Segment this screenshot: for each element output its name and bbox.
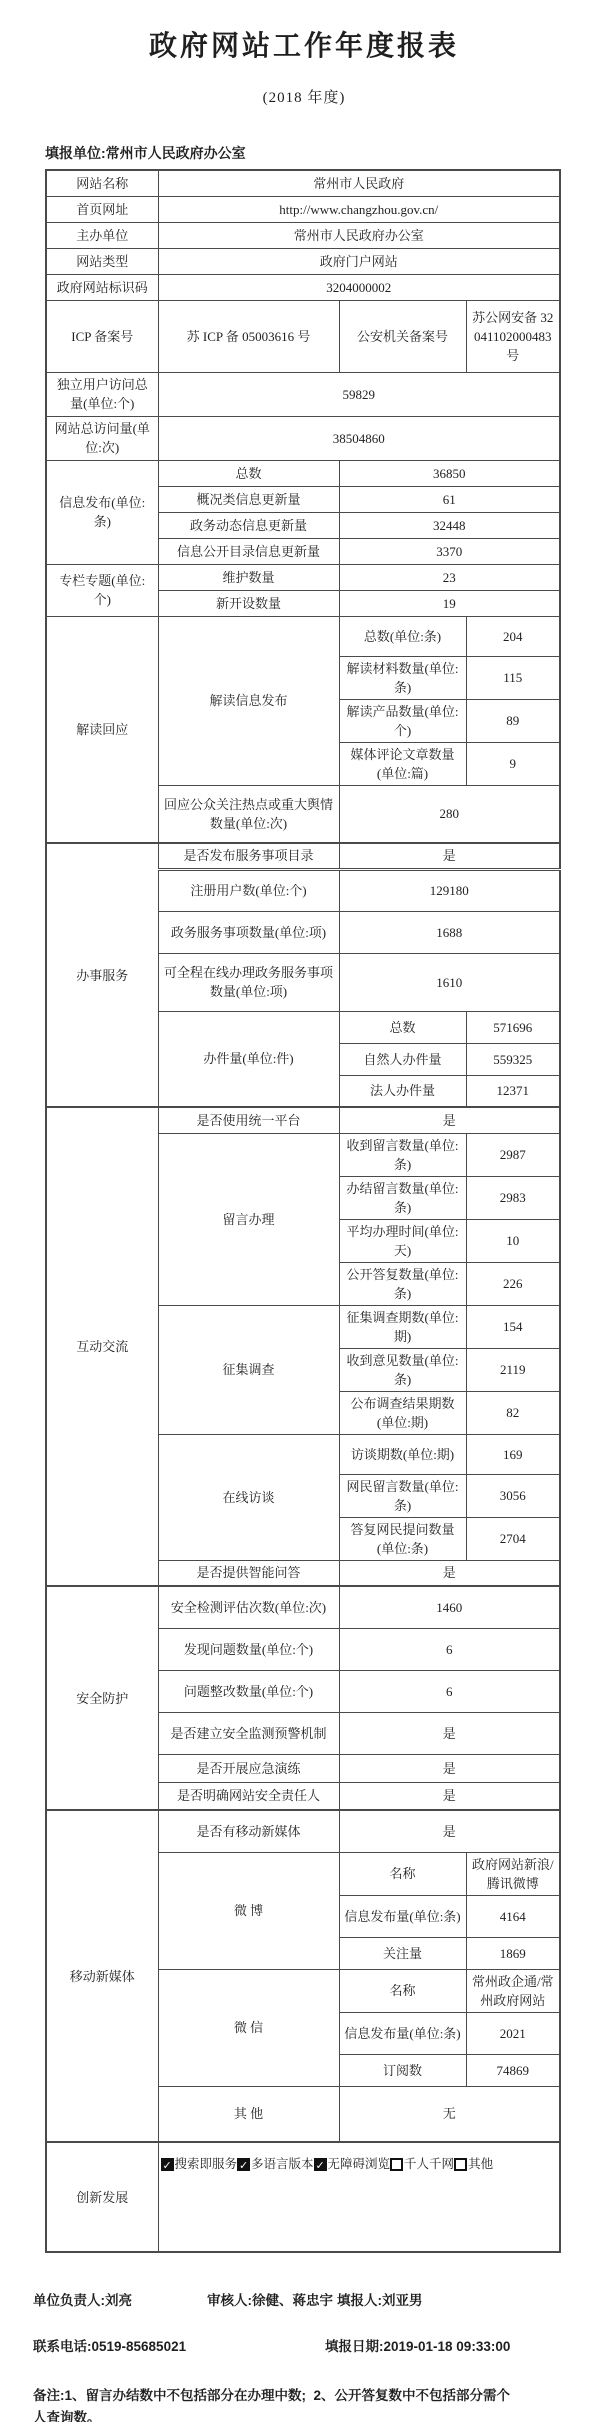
metric-value: 571696	[466, 1011, 560, 1043]
checkbox-icon	[454, 2158, 467, 2171]
signature-row: 单位负责人:刘亮 审核人:徐健、蒋忠宇 填报人:刘亚男	[0, 2289, 608, 2309]
metric-label: 关注量	[339, 1937, 466, 1969]
icp-label: ICP 备案号	[46, 300, 158, 372]
metric-value: 常州政企通/常州政府网站	[466, 1969, 560, 2012]
checkbox-icon	[390, 2158, 403, 2171]
report-date: 填报日期:2019-01-18 09:33:00	[325, 2335, 510, 2355]
metric-value: 169	[466, 1434, 560, 1474]
metric-label: 信息发布量(单位:条)	[339, 2012, 466, 2054]
survey-label: 征集调查	[158, 1305, 339, 1434]
website-name-value: 常州市人民政府	[158, 170, 560, 196]
metric-label: 总数	[339, 1011, 466, 1043]
option-label: 千人千网	[404, 2155, 454, 2174]
option-label: 其他	[468, 2155, 493, 2174]
innovation-group-label: 创新发展	[46, 2142, 158, 2252]
metric-value: 2021	[466, 2012, 560, 2054]
reporting-unit: 填报单位:常州市人民政府办公室	[45, 143, 608, 163]
metric-value: 是	[339, 843, 560, 869]
other-media-value: 无	[339, 2086, 560, 2142]
metric-value: 4164	[466, 1895, 560, 1937]
annual-report-table: 网站名称常州市人民政府 首页网址http://www.changzhou.gov…	[45, 169, 561, 2253]
metric-value: 6	[339, 1670, 560, 1712]
metric-label: 解读产品数量(单位:个)	[339, 699, 466, 742]
metric-label: 是否开展应急演练	[158, 1754, 339, 1782]
page-title: 政府网站工作年度报表	[0, 24, 608, 64]
metric-label: 答复网民提问数量(单位:条)	[339, 1517, 466, 1560]
metric-label: 政务动态信息更新量	[158, 512, 339, 538]
metric-label: 自然人办件量	[339, 1043, 466, 1075]
contact-row: 联系电话:0519-85685021 填报日期:2019-01-18 09:33…	[0, 2335, 608, 2355]
message-handling-label: 留言办理	[158, 1133, 339, 1305]
metric-value: 89	[466, 699, 560, 742]
metric-label: 总数	[158, 460, 339, 486]
innovation-option: 无障碍浏览	[314, 2155, 391, 2174]
metric-label: 网民留言数量(单位:条)	[339, 1474, 466, 1517]
metric-label: 可全程在线办理政务服务事项数量(单位:项)	[158, 953, 339, 1011]
metric-value: 12371	[466, 1075, 560, 1107]
police-filing-label: 公安机关备案号	[339, 300, 466, 372]
metric-label: 媒体评论文章数量(单位:篇)	[339, 742, 466, 785]
metric-label: 是否发布服务事项目录	[158, 843, 339, 869]
metric-value: 1869	[466, 1937, 560, 1969]
unique-visitors-label: 独立用户访问总量(单位:个)	[46, 372, 158, 416]
metric-value: 2704	[466, 1517, 560, 1560]
metric-value: 是	[339, 1754, 560, 1782]
metric-label: 公开答复数量(单位:条)	[339, 1262, 466, 1305]
metric-value: 10	[466, 1219, 560, 1262]
metric-label: 订阅数	[339, 2054, 466, 2086]
metric-value: 23	[339, 564, 560, 590]
metric-value: 2983	[466, 1176, 560, 1219]
innovation-options-cell: 搜索即服务 多语言版本 无障碍浏览 千人千网 其他	[158, 2142, 560, 2252]
interview-label: 在线访谈	[158, 1434, 339, 1560]
metric-value: 129180	[339, 869, 560, 911]
metric-label: 信息公开目录信息更新量	[158, 538, 339, 564]
interpret-group-label: 解读回应	[46, 616, 158, 843]
metric-label: 名称	[339, 1969, 466, 2012]
metric-value: 是	[339, 1712, 560, 1754]
metric-value: 政府网站新浪/腾讯微博	[466, 1852, 560, 1895]
metric-label: 概况类信息更新量	[158, 486, 339, 512]
metric-label: 名称	[339, 1852, 466, 1895]
metric-value: 61	[339, 486, 560, 512]
option-label: 搜索即服务	[175, 2155, 238, 2174]
innovation-option: 其他	[454, 2155, 493, 2174]
icp-value: 苏 ICP 备 05003616 号	[158, 300, 339, 372]
metric-value: 115	[466, 656, 560, 699]
metric-label: 解读材料数量(单位:条)	[339, 656, 466, 699]
metric-label: 发现问题数量(单位:个)	[158, 1628, 339, 1670]
metric-label: 信息发布量(单位:条)	[339, 1895, 466, 1937]
metric-value: 9	[466, 742, 560, 785]
metric-value: 是	[339, 1107, 560, 1133]
option-label: 无障碍浏览	[328, 2155, 391, 2174]
metric-value: 226	[466, 1262, 560, 1305]
wechat-label: 微 信	[158, 1969, 339, 2086]
metric-value: 2119	[466, 1348, 560, 1391]
metric-value: 36850	[339, 460, 560, 486]
metric-value: 82	[466, 1391, 560, 1434]
metric-value: 1460	[339, 1586, 560, 1628]
site-code-label: 政府网站标识码	[46, 274, 158, 300]
metric-label: 是否有移动新媒体	[158, 1810, 339, 1852]
innovation-option: 搜索即服务	[161, 2155, 238, 2174]
metric-label: 征集调查期数(单位:期)	[339, 1305, 466, 1348]
other-media-label: 其 他	[158, 2086, 339, 2142]
site-type-label: 网站类型	[46, 248, 158, 274]
metric-label: 注册用户数(单位:个)	[158, 869, 339, 911]
metric-label: 办结留言数量(单位:条)	[339, 1176, 466, 1219]
contact-phone: 联系电话:0519-85685021	[33, 2335, 186, 2355]
security-group-label: 安全防护	[46, 1586, 158, 1810]
metric-label: 平均办理时间(单位:天)	[339, 1219, 466, 1262]
total-visits-label: 网站总访问量(单位:次)	[46, 416, 158, 460]
site-code-value: 3204000002	[158, 274, 560, 300]
unit-head: 单位负责人:刘亮	[33, 2289, 132, 2309]
metric-label: 是否使用统一平台	[158, 1107, 339, 1133]
police-filing-value: 苏公网安备 32041102000483 号	[466, 300, 560, 372]
report-year: (2018 年度)	[0, 86, 608, 107]
sponsor-label: 主办单位	[46, 222, 158, 248]
innovation-options: 搜索即服务 多语言版本 无障碍浏览 千人千网 其他	[161, 2155, 558, 2174]
metric-label: 收到留言数量(单位:条)	[339, 1133, 466, 1176]
homepage-url-value: http://www.changzhou.gov.cn/	[158, 196, 560, 222]
metric-label: 法人办件量	[339, 1075, 466, 1107]
unique-visitors-value: 59829	[158, 372, 560, 416]
hot-response-value: 280	[339, 785, 560, 843]
metric-label: 问题整改数量(单位:个)	[158, 1670, 339, 1712]
metric-label: 总数(单位:条)	[339, 616, 466, 656]
metric-label: 公布调查结果期数(单位:期)	[339, 1391, 466, 1434]
metric-value: 3056	[466, 1474, 560, 1517]
metric-value: 32448	[339, 512, 560, 538]
metric-value: 6	[339, 1628, 560, 1670]
homepage-url-label: 首页网址	[46, 196, 158, 222]
metric-value: 1610	[339, 953, 560, 1011]
checkbox-icon	[314, 2158, 327, 2171]
metric-value: 是	[339, 1782, 560, 1810]
metric-label: 新开设数量	[158, 590, 339, 616]
innovation-option: 多语言版本	[237, 2155, 314, 2174]
interpret-release-label: 解读信息发布	[158, 616, 339, 785]
metric-label: 维护数量	[158, 564, 339, 590]
metric-value: 19	[339, 590, 560, 616]
remarks: 备注:1、留言办结数中不包括部分在办理中数; 2、公开答复数中不包括部分需个人查…	[33, 2385, 518, 2422]
special-columns-group-label: 专栏专题(单位:个)	[46, 564, 158, 616]
metric-label: 政务服务事项数量(单位:项)	[158, 911, 339, 953]
metric-value: 2987	[466, 1133, 560, 1176]
checkbox-icon	[161, 2158, 174, 2171]
checkbox-icon	[237, 2158, 250, 2171]
interact-group-label: 互动交流	[46, 1107, 158, 1586]
sponsor-value: 常州市人民政府办公室	[158, 222, 560, 248]
metric-value: 是	[339, 1560, 560, 1586]
metric-value: 154	[466, 1305, 560, 1348]
weibo-label: 微 博	[158, 1852, 339, 1969]
mobile-group-label: 移动新媒体	[46, 1810, 158, 2142]
metric-value: 1688	[339, 911, 560, 953]
site-type-value: 政府门户网站	[158, 248, 560, 274]
hot-response-label: 回应公众关注热点或重大舆情数量(单位:次)	[158, 785, 339, 843]
metric-label: 访谈期数(单位:期)	[339, 1434, 466, 1474]
metric-value: 74869	[466, 2054, 560, 2086]
service-group-label: 办事服务	[46, 843, 158, 1107]
metric-value: 是	[339, 1810, 560, 1852]
metric-label: 安全检测评估次数(单位:次)	[158, 1586, 339, 1628]
metric-label: 是否建立安全监测预警机制	[158, 1712, 339, 1754]
info-release-group-label: 信息发布(单位:条)	[46, 460, 158, 564]
total-visits-value: 38504860	[158, 416, 560, 460]
metric-value: 3370	[339, 538, 560, 564]
report-filler: 填报人:刘亚男	[337, 2289, 423, 2309]
metric-label: 是否明确网站安全责任人	[158, 1782, 339, 1810]
auditor: 审核人:徐健、蒋忠宇	[207, 2289, 333, 2309]
innovation-option: 千人千网	[390, 2155, 454, 2174]
metric-label: 是否提供智能问答	[158, 1560, 339, 1586]
case-volume-label: 办件量(单位:件)	[158, 1011, 339, 1107]
option-label: 多语言版本	[251, 2155, 314, 2174]
metric-label: 收到意见数量(单位:条)	[339, 1348, 466, 1391]
metric-value: 559325	[466, 1043, 560, 1075]
metric-value: 204	[466, 616, 560, 656]
website-name-label: 网站名称	[46, 170, 158, 196]
